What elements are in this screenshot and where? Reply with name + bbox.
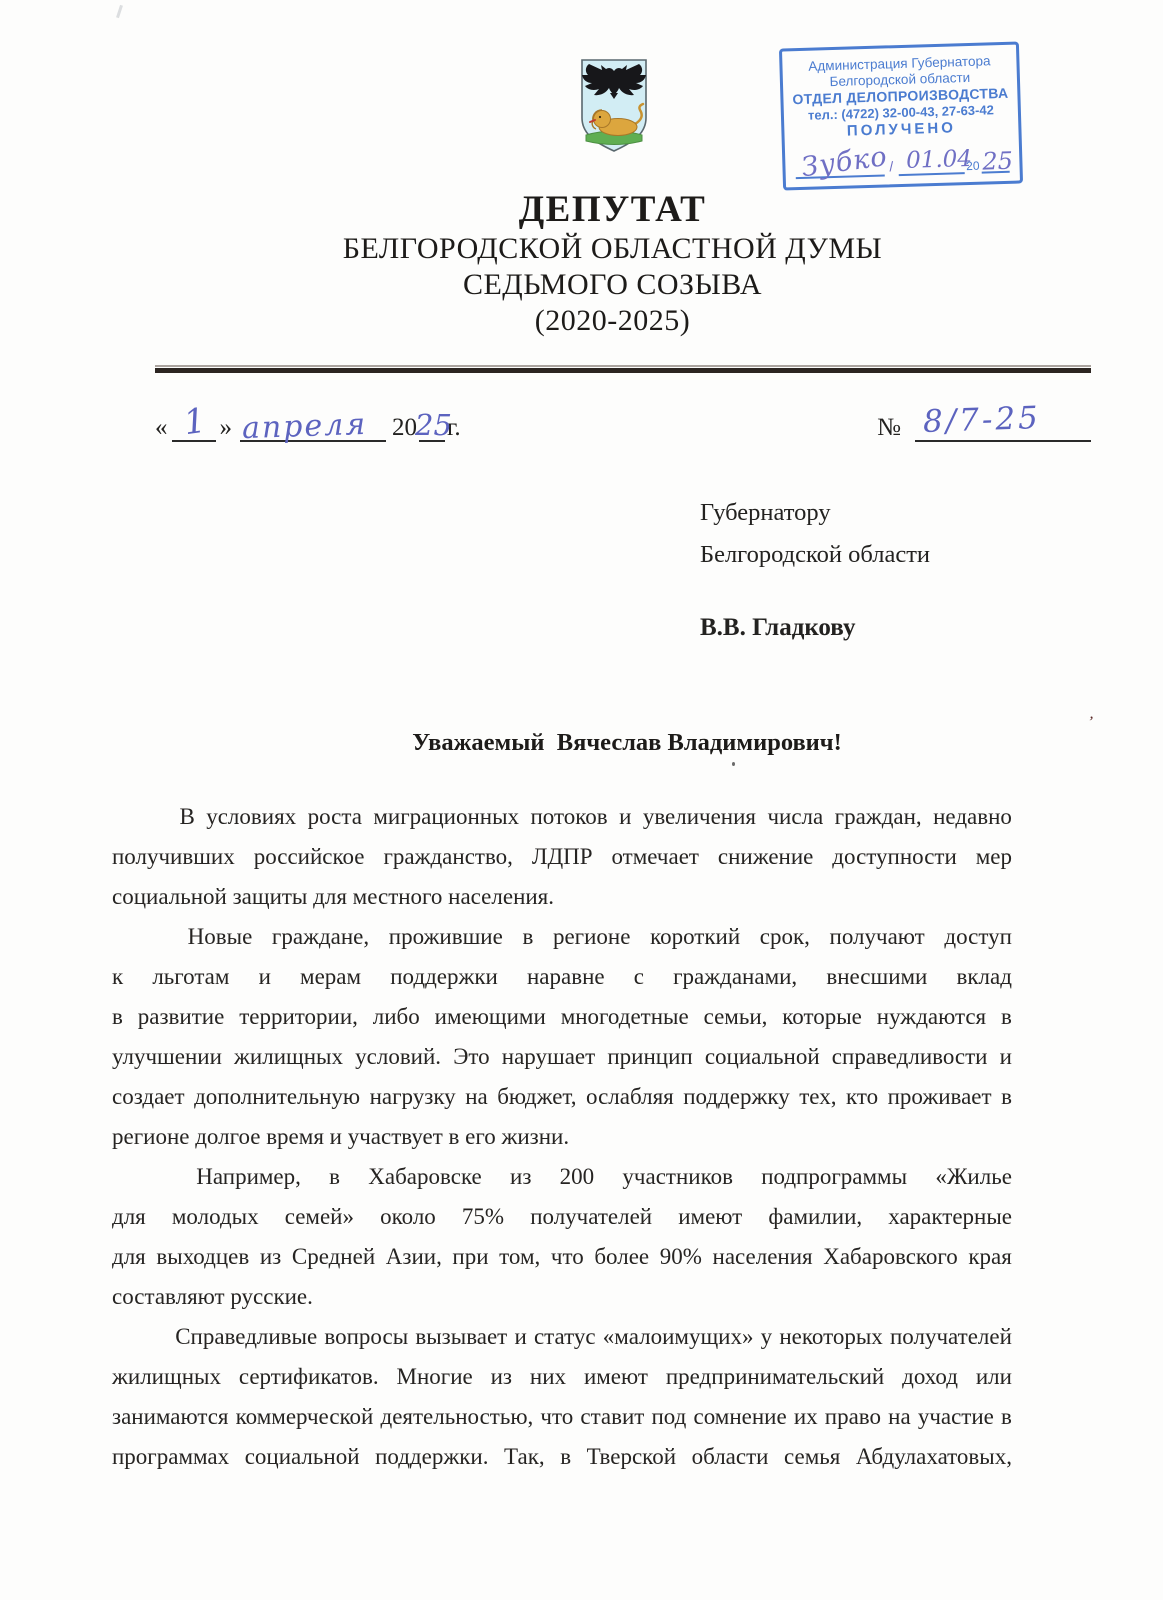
date-number-row: « 1 » апреля 20 25 г. № 8/7-25 — [155, 394, 1091, 442]
belgorod-coat-of-arms — [576, 57, 652, 155]
date-field: « 1 » апреля 20 25 г. — [155, 412, 461, 442]
body-line: кльготамимерамподдержкинаравнесгражданам… — [112, 957, 1012, 997]
body-line: вразвитиетерритории,либоимеющимимногодет… — [112, 997, 1012, 1037]
letterhead-line4: (2020-2025) — [31, 303, 1163, 339]
reception-stamp: Администрация Губернатора Белгородской о… — [779, 41, 1023, 190]
scan-artifact-dot — [732, 762, 735, 766]
letter-body: Вусловияхростамиграционныхпотоковиувелич… — [112, 797, 1012, 1477]
letterhead-title: ДЕПУТАТ — [31, 189, 1163, 231]
month-blank: апреля — [240, 412, 386, 442]
stamp-separator: / — [889, 158, 893, 174]
number-field: № 8/7-25 — [877, 410, 1091, 442]
body-line: программахсоциальнойподдержки.Так,вТверс… — [112, 1437, 1012, 1477]
stamp-signature: Зубко — [800, 141, 890, 183]
handwritten-month: апреля — [241, 407, 367, 446]
scanned-letter-page: Администрация Губернатора Белгородской о… — [0, 0, 1163, 1600]
handwritten-number: 8/7-25 — [922, 400, 1041, 440]
handwritten-year: 25 — [415, 408, 452, 442]
number-blank: 8/7-25 — [915, 410, 1091, 442]
body-line: создаетдополнительнуюнагрузкунабюджет,ос… — [112, 1077, 1012, 1117]
body-line: длявыходцевизСреднейАзии,притом,чтоболее… — [112, 1237, 1012, 1277]
letterhead-line2: БЕЛГОРОДСКОЙ ОБЛАСТНОЙ ДУМЫ — [31, 231, 1163, 267]
body-line: Вусловияхростамиграционныхпотоковиувелич… — [112, 797, 1012, 837]
addressee-name: В.В. Гладкову — [700, 607, 930, 649]
body-line: регионе долгое время и участвует в его ж… — [112, 1117, 1012, 1157]
number-sign: № — [877, 414, 901, 442]
stamp-year-suffix: 25 — [982, 147, 1013, 176]
stamp-signature-line: Зубко — [795, 143, 885, 180]
day-blank: 1 — [172, 412, 216, 442]
body-line: Например,вХабаровскеиз200участниковподпр… — [112, 1157, 1012, 1197]
body-line: составляют русские. — [112, 1277, 1012, 1317]
coat-of-arms-icon — [576, 57, 652, 155]
year-prefix: 20 — [392, 414, 417, 442]
handwritten-day: 1 — [181, 401, 208, 444]
close-quote: » — [220, 414, 233, 442]
letterhead: ДЕПУТАТ БЕЛГОРОДСКОЙ ОБЛАСТНОЙ ДУМЫ СЕДЬ… — [31, 189, 1163, 339]
body-line: улучшениижилищныхусловий.Этонарушаетприн… — [112, 1037, 1012, 1077]
body-line: длямолодыхсемей»около75%получателейимеют… — [112, 1197, 1012, 1237]
stamp-handwritten-row: Зубко / 01.04 20 25 — [795, 139, 1010, 179]
stamp-received-date: 01.04 — [906, 146, 973, 174]
scan-smudge — [116, 5, 123, 18]
body-line: социальной защиты для местного населения… — [112, 877, 1012, 917]
body-line: получившихроссийскоегражданство,ЛДПРотме… — [112, 837, 1012, 877]
addressee-block: Губернатору Белгородской области В.В. Гл… — [700, 492, 930, 649]
body-line: Справедливыевопросывызываетистатус«малои… — [112, 1317, 1012, 1357]
body-line: Новыеграждане,прожившиеврегионекороткийс… — [112, 917, 1012, 957]
stamp-date-line: 01.04 — [898, 140, 965, 176]
letterhead-line3: СЕДЬМОГО СОЗЫВА — [31, 267, 1163, 303]
addressee-line1: Губернатору — [700, 492, 930, 534]
open-quote: « — [155, 414, 168, 442]
stamp-year-line: 25 — [981, 139, 1010, 174]
letterhead-rule — [155, 365, 1091, 373]
body-line: жилищныхсертификатов.Многиеизнихимеютпре… — [112, 1357, 1012, 1397]
body-line: занимаютсякоммерческойдеятельностью,чтос… — [112, 1397, 1012, 1437]
addressee-line2: Белгородской области — [700, 534, 930, 576]
scan-artifact-mark: ’ — [1087, 714, 1095, 733]
year-blank: 25 — [419, 412, 445, 442]
salutation: Уважаемый Вячеслав Владимирович! — [112, 729, 1012, 757]
